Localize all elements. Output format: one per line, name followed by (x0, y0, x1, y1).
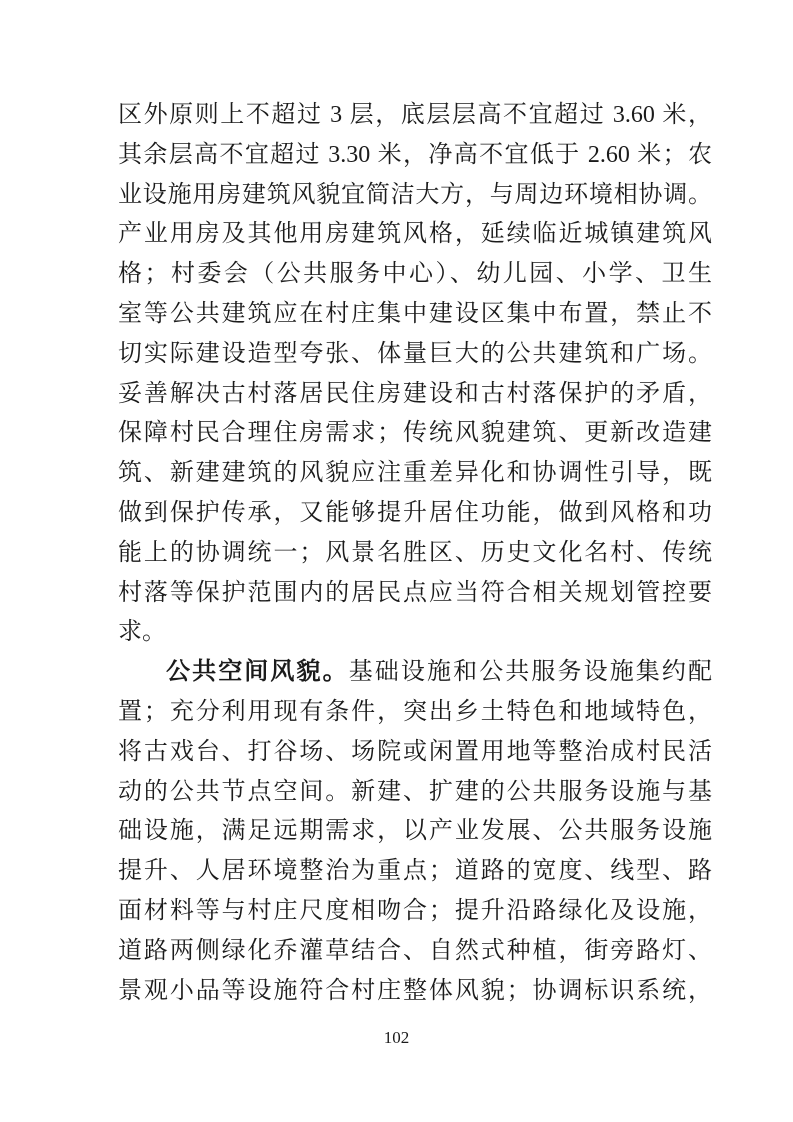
text-line: 业设施用房建筑风貌宜简洁大方，与周边环境相协调。 (118, 176, 712, 216)
text-line: 妥善解决古村落居民住房建设和古村落保护的矛盾， (118, 375, 712, 415)
text-line: 面材料等与村庄尺度相吻合；提升沿路绿化及设施， (118, 892, 712, 932)
text-line: 筑、新建建筑的风貌应注重差异化和协调性引导，既 (118, 454, 712, 494)
text-line: 公共空间风貌。基础设施和公共服务设施集约配 (118, 653, 712, 693)
text-line: 做到保护传承，又能够提升居住功能，做到风格和功 (118, 494, 712, 534)
page-number: 102 (0, 1028, 793, 1048)
text-line: 提升、人居环境整治为重点；道路的宽度、线型、路 (118, 852, 712, 892)
paragraph-heading: 公共空间风貌。 (166, 659, 349, 685)
text-line: 保障村民合理住房需求；传统风貌建筑、更新改造建 (118, 414, 712, 454)
text-line: 道路两侧绿化乔灌草结合、自然式种植，街旁路灯、 (118, 932, 712, 972)
text-line: 将古戏台、打谷场、场院或闲置用地等整治成村民活 (118, 733, 712, 773)
text-line: 动的公共节点空间。新建、扩建的公共服务设施与基 (118, 773, 712, 813)
text-line: 置；充分利用现有条件，突出乡土特色和地域特色， (118, 693, 712, 733)
text-line: 切实际建设造型夸张、体量巨大的公共建筑和广场。 (118, 335, 712, 375)
text-line: 格；村委会（公共服务中心）、幼儿园、小学、卫生 (118, 255, 712, 295)
text-line: 其余层高不宜超过 3.30 米，净高不宜低于 2.60 米；农 (118, 136, 712, 176)
text-line: 能上的协调统一；风景名胜区、历史文化名村、传统 (118, 534, 712, 574)
text-line: 室等公共建筑应在村庄集中建设区集中布置，禁止不 (118, 295, 712, 335)
text-line: 区外原则上不超过 3 层，底层层高不宜超过 3.60 米， (118, 96, 712, 136)
text-line: 础设施，满足远期需求，以产业发展、公共服务设施 (118, 812, 712, 852)
text-line: 求。 (118, 613, 712, 653)
document-page: 区外原则上不超过 3 层，底层层高不宜超过 3.60 米， 其余层高不宜超过 3… (0, 0, 793, 1122)
text-line: 产业用房及其他用房建筑风格，延续临近城镇建筑风 (118, 215, 712, 255)
text-line: 景观小品等设施符合村庄整体风貌；协调标识系统， (118, 972, 712, 1012)
page-body-text: 区外原则上不超过 3 层，底层层高不宜超过 3.60 米， 其余层高不宜超过 3… (118, 96, 712, 1011)
paragraph-heading-rest: 基础设施和公共服务设施集约配 (349, 659, 712, 685)
text-line: 村落等保护范围内的居民点应当符合相关规划管控要 (118, 574, 712, 614)
